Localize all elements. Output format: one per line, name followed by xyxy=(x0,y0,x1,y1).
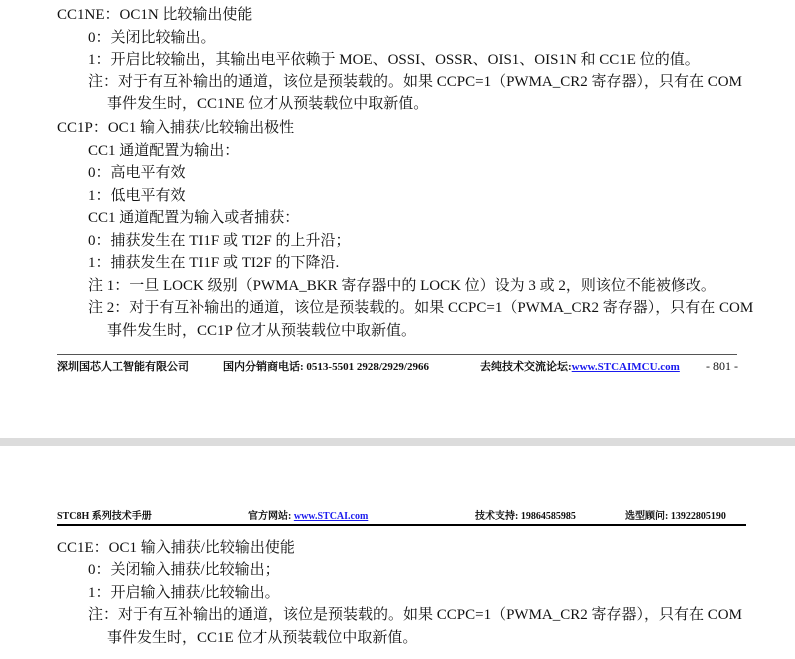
field-note: 注：对于有互补输出的通道，该位是预装载的。如果 CCPC=1（PWMA_CR2 … xyxy=(88,605,742,625)
support-phone: : 19864585985 xyxy=(515,511,576,522)
document-page-801: CC1NE：OC1N 比较输出使能 0：关闭比较输出。 1：开启比较输出，其输出… xyxy=(0,0,795,438)
page-number: - 801 - xyxy=(706,359,738,373)
field-value-0: 0：捕获发生在 TI1F 或 TI2F 的上升沿； xyxy=(88,231,351,251)
footer-divider xyxy=(57,354,737,355)
footer-distributor: 国内分销商电话: 0513-5501 2928/2929/2966 xyxy=(223,360,429,374)
footer-forum: 去纯技术交流论坛:www.STCAIMCU.com xyxy=(480,360,680,374)
field-note-2-continued: 事件发生时，CC1P 位才从预装载位中取新值。 xyxy=(107,321,416,341)
document-page-802: STC8H 系列技术手册 官方网站: www.STCAI.com 技术支持: 1… xyxy=(0,446,795,659)
field-note-2: 注 2：对于有互补输出的通道，该位是预装载的。如果 CCPC=1（PWMA_CR… xyxy=(88,298,753,318)
field-note-1: 注 1：一旦 LOCK 级别（PWMA_BKR 寄存器中的 LOCK 位）设为 … xyxy=(88,276,716,296)
field-value-1: 1：低电平有效 xyxy=(88,186,186,206)
forum-label: 去纯技术交流论坛: xyxy=(480,361,572,373)
field-value-1: 1：捕获发生在 TI1F 或 TI2F 的下降沿. xyxy=(88,253,339,273)
header-divider xyxy=(57,524,746,526)
distributor-label: 国内分销商电话 xyxy=(223,361,300,373)
website-label: 官方网站: xyxy=(248,511,294,522)
config-output-heading: CC1 通道配置为输出： xyxy=(88,141,239,161)
header-support: 技术支持: 19864585985 xyxy=(475,510,576,523)
header-website: 官方网站: www.STCAI.com xyxy=(248,510,368,523)
field-value-0: 0：关闭输入捕获/比较输出； xyxy=(88,560,280,580)
header-manual-title: STC8H 系列技术手册 xyxy=(57,510,152,523)
distributor-phone: : 0513-5501 2928/2929/2966 xyxy=(300,361,429,373)
field-value-1: 1：开启比较输出，其输出电平依赖于 MOE、OSSI、OSSR、OIS1、OIS… xyxy=(88,50,700,70)
field-title-cc1p: CC1P：OC1 输入捕获/比较输出极性 xyxy=(57,118,294,138)
field-value-1: 1：开启输入捕获/比较输出。 xyxy=(88,583,280,603)
advisor-phone: : 13922805190 xyxy=(665,511,726,522)
config-input-heading: CC1 通道配置为输入或者捕获： xyxy=(88,208,299,228)
field-note-continued: 事件发生时，CC1NE 位才从预装载位中取新值。 xyxy=(107,94,428,114)
page-separator xyxy=(0,438,795,446)
forum-link[interactable]: www.STCAIMCU.com xyxy=(572,361,680,373)
header-advisor: 选型顾问: 13922805190 xyxy=(625,510,726,523)
field-note: 注：对于有互补输出的通道，该位是预装载的。如果 CCPC=1（PWMA_CR2 … xyxy=(88,72,742,92)
field-title-cc1e: CC1E：OC1 输入捕获/比较输出使能 xyxy=(57,538,295,558)
field-title-cc1ne: CC1NE：OC1N 比较输出使能 xyxy=(57,5,252,25)
field-note-continued: 事件发生时，CC1E 位才从预装载位中取新值。 xyxy=(107,628,417,648)
website-link[interactable]: www.STCAI.com xyxy=(294,511,368,522)
field-value-0: 0：关闭比较输出。 xyxy=(88,28,216,48)
field-value-0: 0：高电平有效 xyxy=(88,163,186,183)
advisor-label: 选型顾问 xyxy=(625,511,665,522)
footer-company: 深圳国芯人工智能有限公司 xyxy=(57,360,189,374)
support-label: 技术支持 xyxy=(475,511,515,522)
